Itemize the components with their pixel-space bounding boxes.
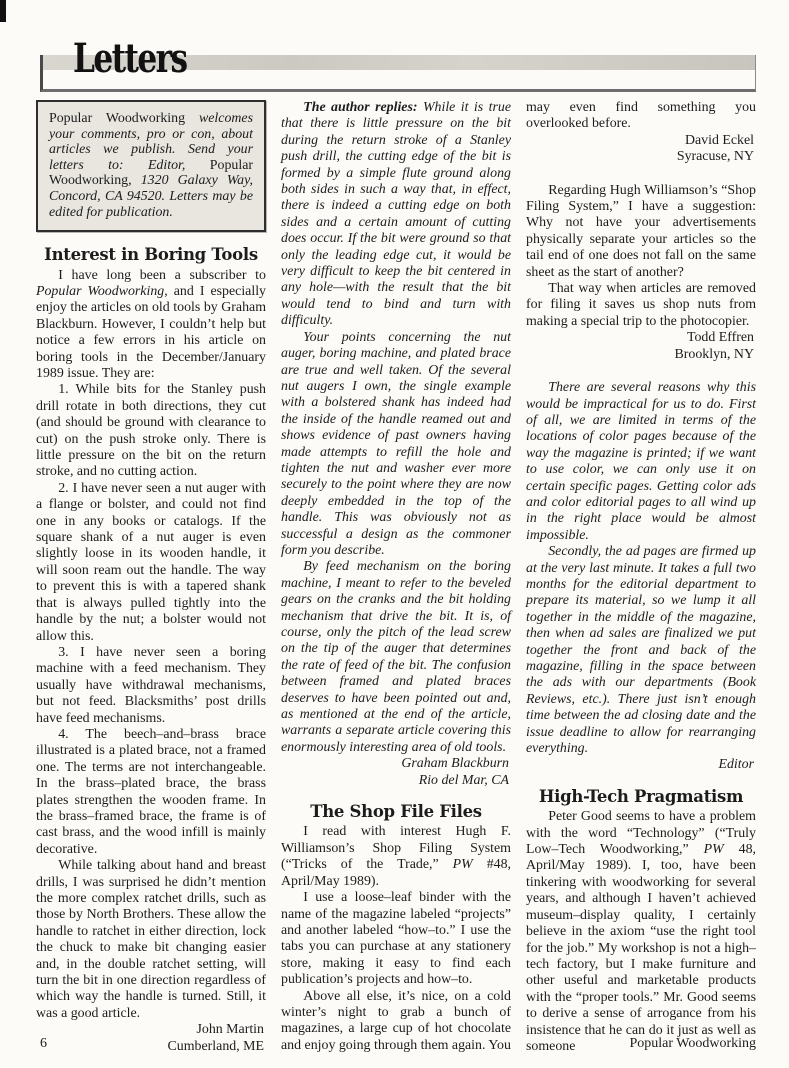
- letter-paragraph: The author replies: While it is true tha…: [281, 100, 511, 330]
- page-footer: 6 Popular Woodworking: [40, 1036, 756, 1052]
- column-3: may even find something you overlooked b…: [526, 100, 756, 1055]
- letters-columns: Popular Woodworking welcomes your commen…: [36, 100, 756, 1055]
- letter-paragraph: That way when articles are removed for f…: [526, 281, 756, 330]
- section-heading: High-Tech Pragmatism: [526, 789, 756, 805]
- letter-paragraph: Your points concerning the nut auger, bo…: [281, 330, 511, 560]
- notice-box: Popular Woodworking welcomes your commen…: [36, 100, 266, 232]
- text-run: PW: [704, 842, 724, 857]
- letter-paragraph: 3. I have never seen a boring machine wi…: [36, 645, 266, 727]
- signature-line: Editor: [526, 757, 756, 773]
- column-2: The author replies: While it is true tha…: [281, 100, 511, 1055]
- letter-paragraph: Peter Good seems to have a problem with …: [526, 809, 756, 1055]
- text-run: Graham Blackburn: [401, 756, 509, 771]
- text-run: Popular Woodworking: [36, 284, 164, 299]
- text-run: 1. While bits for the Stanley push drill…: [36, 382, 266, 479]
- text-run: Syracuse, NY: [677, 149, 754, 164]
- text-run: 3. I have never seen a boring machine wi…: [36, 645, 266, 726]
- text-run: The Shop File Files: [310, 802, 482, 821]
- text-run: Secondly, the ad pages are firmed up at …: [526, 544, 756, 756]
- letter-paragraph: 4. The beech–and–brass brace illustrated…: [36, 727, 266, 858]
- page-number: 6: [40, 1036, 47, 1052]
- text-run: While it is true that there is little pr…: [281, 100, 511, 328]
- letter-paragraph: I read with interest Hugh F. Williamson’…: [281, 824, 511, 890]
- text-run: That way when articles are removed for f…: [526, 281, 756, 329]
- letter-paragraph: 1. While bits for the Stanley push drill…: [36, 382, 266, 480]
- text-run: PW: [453, 857, 473, 872]
- column-1: Popular Woodworking welcomes your commen…: [36, 100, 266, 1055]
- text-run: Interest in Boring Tools: [44, 245, 258, 264]
- text-run: 2. I have never seen a nut auger with a …: [36, 481, 266, 644]
- text-run: David Eckel: [685, 133, 754, 148]
- text-run: Popular Woodworking: [49, 111, 199, 126]
- text-run: 4. The beech–and–brass brace illustrated…: [36, 727, 266, 857]
- letter-paragraph: There are several reasons why this would…: [526, 380, 756, 544]
- letter-paragraph: Secondly, the ad pages are firmed up at …: [526, 544, 756, 757]
- letter-paragraph: While talking about hand and breast dril…: [36, 858, 266, 1022]
- text-run: Todd Effren: [687, 330, 754, 345]
- text-run: The author replies:: [303, 100, 423, 115]
- text-run: Brooklyn, NY: [675, 347, 755, 362]
- text-run: Rio del Mar, CA: [419, 773, 509, 788]
- magazine-page: Letters Popular Woodworking welcomes you…: [0, 0, 789, 1068]
- page-title: Letters: [73, 35, 187, 82]
- letter-paragraph: I use a loose–leaf binder with the name …: [281, 890, 511, 988]
- letter-paragraph: 2. I have never seen a nut auger with a …: [36, 481, 266, 645]
- signature-line: Graham Blackburn: [281, 756, 511, 772]
- text-run: may even find something you overlooked b…: [526, 100, 756, 131]
- letter-paragraph: Regarding Hugh Williamson’s “Shop Filing…: [526, 183, 756, 281]
- scan-artifact: [0, 0, 6, 22]
- text-run: I use a loose–leaf binder with the name …: [281, 890, 511, 987]
- text-run: John Martin: [196, 1022, 264, 1037]
- letter-paragraph: may even find something you overlooked b…: [526, 100, 756, 133]
- text-run: While talking about hand and breast dril…: [36, 858, 266, 1021]
- magazine-name: Popular Woodworking: [629, 1036, 756, 1052]
- page-header: Letters: [40, 55, 756, 92]
- signature-line: David Eckel: [526, 133, 756, 149]
- text-run: Editor: [719, 757, 755, 772]
- signature-line: Rio del Mar, CA: [281, 773, 511, 789]
- text-run: Your points concerning the nut auger, bo…: [281, 330, 511, 558]
- text-run: I have long been a subscriber to: [58, 268, 266, 283]
- text-run: 48, April/May 1989). I, too, have been t…: [526, 842, 756, 1054]
- text-run: By feed mechanism on the boring machine,…: [281, 559, 511, 754]
- letter-paragraph: By feed mechanism on the boring machine,…: [281, 559, 511, 756]
- signature-line: Brooklyn, NY: [526, 347, 756, 363]
- text-run: High-Tech Pragmatism: [539, 787, 743, 806]
- text-run: There are several reasons why this would…: [526, 380, 756, 543]
- letter-paragraph: I have long been a subscriber to Popular…: [36, 268, 266, 383]
- text-run: Regarding Hugh Williamson’s “Shop Filing…: [526, 183, 756, 280]
- section-heading: Interest in Boring Tools: [36, 247, 266, 263]
- signature-line: Todd Effren: [526, 330, 756, 346]
- signature-line: Syracuse, NY: [526, 149, 756, 165]
- section-heading: The Shop File Files: [281, 804, 511, 820]
